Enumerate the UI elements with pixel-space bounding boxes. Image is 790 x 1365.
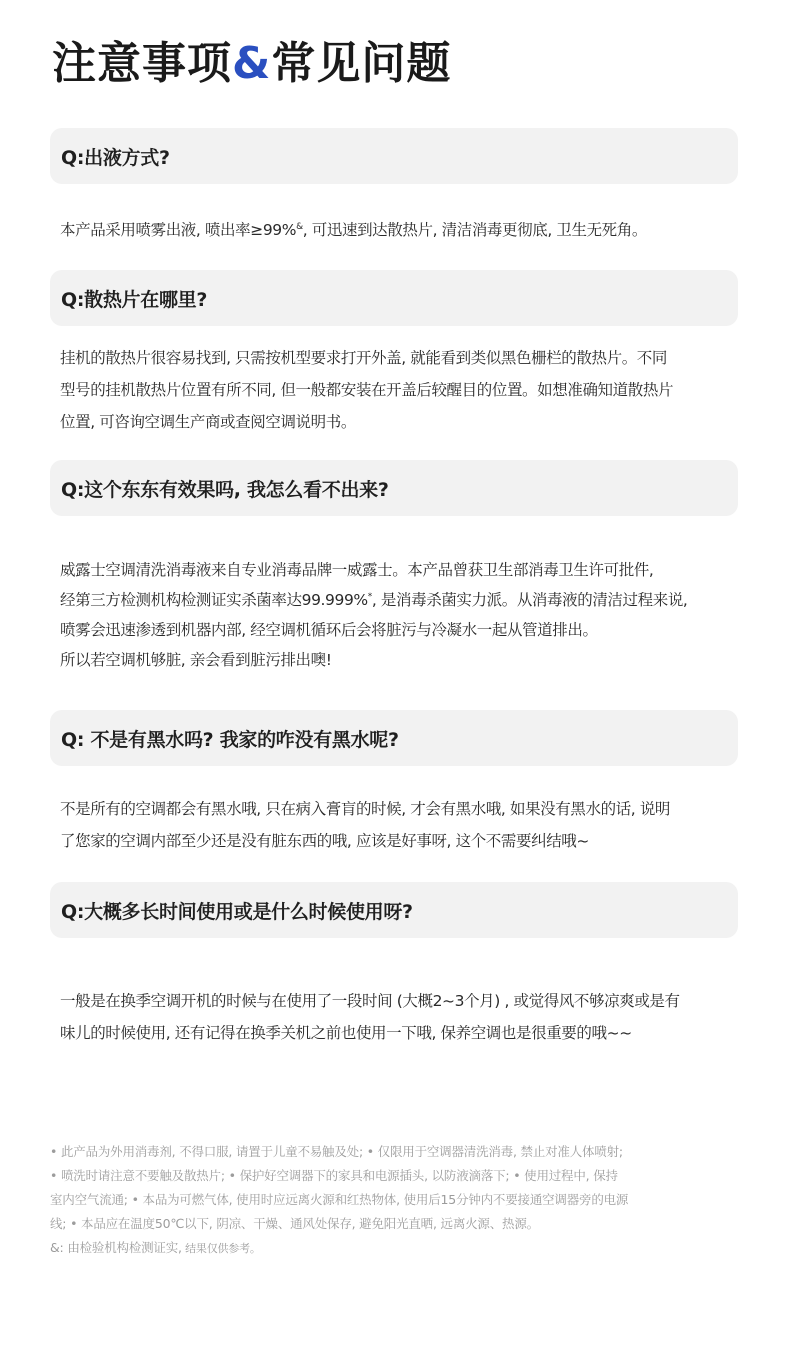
answer-line: 挂机的散热片很容易找到, 只需按机型要求打开外盖, 就能看到类似黑色栅栏的散热片… bbox=[60, 342, 760, 374]
faq-question-1: Q:出液方式? bbox=[50, 128, 738, 184]
answer-line: 所以若空调机够脏, 亲会看到脏污排出噢! bbox=[60, 645, 760, 675]
answer-line: 了您家的空调内部至少还是没有脏东西的哦, 应该是好事呀, 这个不需要纠结哦~ bbox=[60, 825, 760, 857]
answer-line: 不是所有的空调都会有黑水哦, 只在病入膏肓的时候, 才会有黑水哦, 如果没有黑水… bbox=[60, 793, 760, 825]
note-line: 线; • 本品应在温度50℃以下, 阴凉、干燥、通风处保存, 避免阳光直晒, 远… bbox=[50, 1212, 750, 1236]
title-part1: 注意事项 bbox=[52, 38, 232, 89]
faq-answer-1: 本产品采用喷雾出液, 喷出率≥99%&, 可迅速到达散热片, 清洁消毒更彻底, … bbox=[60, 214, 760, 246]
answer-line: 本产品采用喷雾出液, 喷出率≥99%&, 可迅速到达散热片, 清洁消毒更彻底, … bbox=[60, 214, 760, 246]
question-text: Q:大概多长时间使用或是什么时候使用呀? bbox=[61, 897, 413, 924]
question-text: Q:出液方式? bbox=[61, 143, 170, 170]
answer-line: 型号的挂机散热片位置有所不同, 但一般都安装在开盖后较醒目的位置。如想准确知道散… bbox=[60, 374, 760, 406]
answer-line: 味儿的时候使用, 还有记得在换季关机之前也使用一下哦, 保养空调也是很重要的哦~… bbox=[60, 1017, 760, 1049]
answer-line: 经第三方检测机构检测证实杀菌率达99.999%*, 是消毒杀菌实力派。从消毒液的… bbox=[60, 585, 760, 615]
footnote: &: 由检验机构检测证实, 结果仅供参考。 bbox=[50, 1236, 750, 1261]
answer-line: 威露士空调清洗消毒液来自专业消毒品牌一威露士。本产品曾获卫生部消毒卫生许可批件, bbox=[60, 555, 760, 585]
note-line: 室内空气流通; • 本品为可燃气体, 使用时应远离火源和红热物体, 使用后15分… bbox=[50, 1188, 750, 1212]
note-line: • 喷洗时请注意不要触及散热片; • 保护好空调器下的家具和电源插头, 以防液滴… bbox=[50, 1164, 750, 1188]
faq-question-2: Q:散热片在哪里? bbox=[50, 270, 738, 326]
title-ampersand: & bbox=[232, 38, 271, 89]
question-text: Q:散热片在哪里? bbox=[61, 285, 207, 312]
safety-notes: • 此产品为外用消毒剂, 不得口服, 请置于儿童不易触及处; • 仅限用于空调器… bbox=[50, 1140, 750, 1261]
page-title: 注意事项&常见问题 bbox=[52, 38, 451, 90]
note-line: • 此产品为外用消毒剂, 不得口服, 请置于儿童不易触及处; • 仅限用于空调器… bbox=[50, 1140, 750, 1164]
answer-line: 位置, 可咨询空调生产商或查阅空调说明书。 bbox=[60, 406, 760, 438]
question-text: Q: 不是有黑水吗? 我家的咋没有黑水呢? bbox=[61, 725, 399, 752]
faq-answer-5: 一般是在换季空调开机的时候与在使用了一段时间 (大概2~3个月) , 或觉得风不… bbox=[60, 985, 760, 1049]
faq-answer-3: 威露士空调清洗消毒液来自专业消毒品牌一威露士。本产品曾获卫生部消毒卫生许可批件,… bbox=[60, 555, 760, 675]
answer-line: 喷雾会迅速渗透到机器内部, 经空调机循环后会将脏污与冷凝水一起从管道排出。 bbox=[60, 615, 760, 645]
footnote-marker: & bbox=[296, 222, 303, 232]
question-text: Q:这个东东有效果吗, 我怎么看不出来? bbox=[61, 475, 389, 502]
faq-answer-2: 挂机的散热片很容易找到, 只需按机型要求打开外盖, 就能看到类似黑色栅栏的散热片… bbox=[60, 342, 760, 438]
answer-line: 一般是在换季空调开机的时候与在使用了一段时间 (大概2~3个月) , 或觉得风不… bbox=[60, 985, 760, 1017]
faq-question-3: Q:这个东东有效果吗, 我怎么看不出来? bbox=[50, 460, 738, 516]
title-part2: 常见问题 bbox=[271, 38, 451, 89]
faq-question-4: Q: 不是有黑水吗? 我家的咋没有黑水呢? bbox=[50, 710, 738, 766]
faq-answer-4: 不是所有的空调都会有黑水哦, 只在病入膏肓的时候, 才会有黑水哦, 如果没有黑水… bbox=[60, 793, 760, 857]
faq-question-5: Q:大概多长时间使用或是什么时候使用呀? bbox=[50, 882, 738, 938]
